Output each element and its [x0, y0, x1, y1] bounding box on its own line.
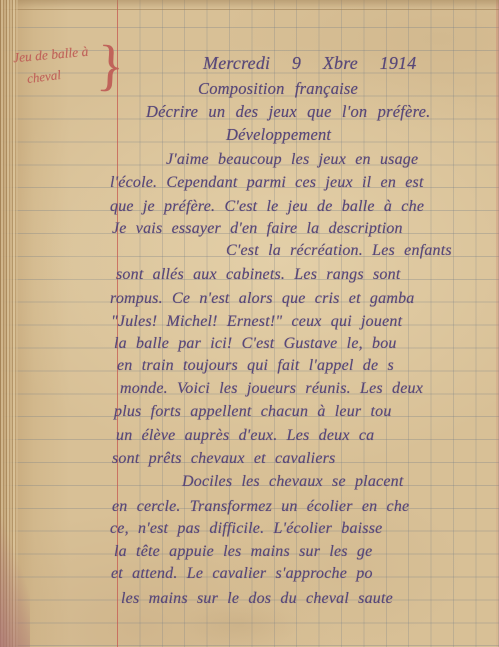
handwriting-line: rompus. Ce n'est alors que cris et gamba — [110, 289, 414, 309]
handwriting-line: C'est la récréation. Les enfants — [226, 241, 452, 261]
handwriting-line: en cercle. Transformez un écolier en che — [112, 497, 409, 517]
handwriting-line: les mains sur le dos du cheval saute — [121, 589, 393, 609]
handwriting-line: que je préfère. C'est le jeu de balle à … — [110, 197, 424, 217]
handwriting-line: ce, n'est pas difficile. L'écolier baiss… — [110, 519, 382, 539]
handwriting-line: la tête appuie les mains sur les ge — [114, 542, 372, 562]
cover-corner — [0, 507, 30, 647]
handwriting-line: plus forts appellent chacun à leur tou — [114, 402, 392, 422]
notebook-page: Jeu de balle à cheval } Mercredi 9 Xbre … — [0, 0, 499, 647]
handwriting-line: en train toujours qui fait l'appel de s — [117, 356, 394, 376]
handwriting-line: Développement — [226, 125, 331, 145]
handwriting-line: l'école. Cependant parmi ces jeux il en … — [110, 173, 424, 193]
handwriting-line: un élève auprès d'eux. Les deux ca — [116, 426, 374, 446]
handwriting-line: Décrire un des jeux que l'on préfère. — [146, 102, 430, 122]
handwriting-line: et attend. Le cavalier s'approche po — [111, 564, 373, 584]
handwriting-line: Dociles les chevaux se placent — [182, 472, 403, 492]
handwriting-line: J'aime beaucoup les jeux en usage — [166, 150, 418, 170]
page-top-edge — [0, 0, 499, 10]
handwriting-line: Je vais essayer d'en faire la descriptio… — [112, 219, 403, 239]
handwriting-line: "Jules! Michel! Ernest!" ceux qui jouent — [111, 312, 402, 332]
handwriting-line: monde. Voici les joueurs réunis. Les deu… — [120, 379, 423, 399]
handwriting-line: Composition française — [198, 79, 358, 99]
handwriting-line: sont prêts chevaux et cavaliers — [112, 449, 335, 469]
handwriting-line: la balle par ici! C'est Gustave le, bou — [114, 334, 397, 354]
handwriting-line: sont allés aux cabinets. Les rangs sont — [116, 265, 400, 285]
handwriting-line: Mercredi 9 Xbre 1914 — [203, 53, 416, 73]
